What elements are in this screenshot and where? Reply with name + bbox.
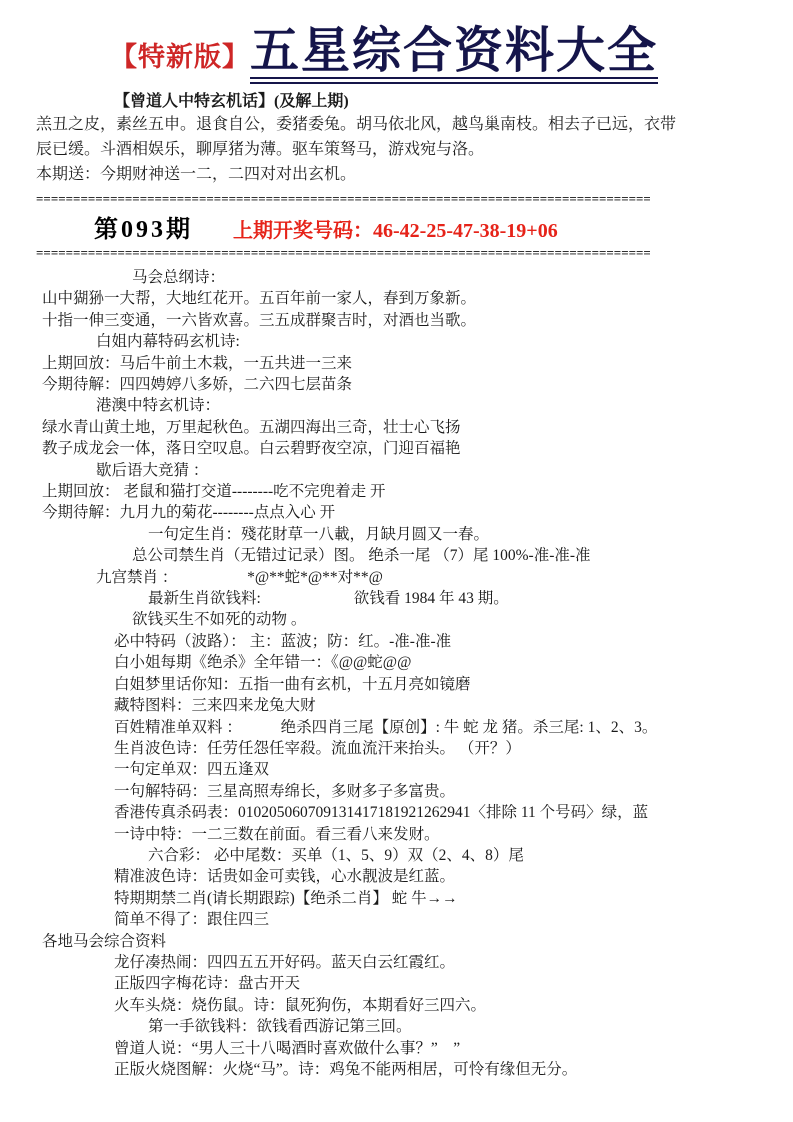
issue-row: 第093期 上期开奖号码：46-42-25-47-38-19+06 bbox=[94, 209, 775, 244]
content-line: 绿水青山黄土地，万里起秋色。五湖四海出三奇，壮士心飞扬 bbox=[42, 417, 775, 438]
content-line: 一句定单双：四五逢双 bbox=[114, 759, 775, 780]
edition-badge: 【特新版】 bbox=[110, 35, 250, 84]
content-line: 百姓精准单双料 ： 绝杀四肖三尾【原创】: 牛 蛇 龙 猪。杀三尾: 1、2、3… bbox=[114, 717, 775, 738]
content-line: 各地马会综合资料 bbox=[42, 931, 775, 952]
content-line: 一句解特码：三星高照寿绵长，多财多子多富贵。 bbox=[114, 781, 775, 802]
content-line: 六合彩： 必中尾数：买单（1、5、9）双（2、4、8）尾 bbox=[148, 845, 775, 866]
content-line: 今期待解：九月九的菊花--------点点入心 开 bbox=[42, 502, 775, 523]
zengdao-heading: 【曾道人中特玄机话】(及解上期) bbox=[114, 88, 775, 111]
content-line: 白姐内幕特码玄机诗: bbox=[96, 331, 775, 352]
content-line: 马会总纲诗： bbox=[132, 267, 775, 288]
zengdao-verse: 羔丑之皮，素丝五申。退食自公，委猪委兔。胡马依北风，越鸟巢南枝。相去子已远，衣带… bbox=[36, 112, 775, 187]
content-line: 香港传真杀码表：010205060709131417181921262941〈排… bbox=[114, 802, 775, 823]
content-line: 必中特码（波路）： 主：蓝波；防：红。-准-准-准 bbox=[114, 631, 775, 652]
content-line: 生肖波色诗：任劳任怨任宰殺。流血流汗来抬头。 （开？） bbox=[114, 738, 775, 759]
content-line: 最新生肖欲钱料: 欲钱看 1984 年 43 期。 bbox=[148, 588, 775, 609]
content-line: 火车头烧：烧伤鼠。诗：鼠死狗伤，本期看好三四六。 bbox=[114, 995, 775, 1016]
issue-number: 第093期 bbox=[94, 209, 193, 244]
tips-content: 马会总纲诗：山中猢狲一大帮，大地红花开。五百年前一家人，春到万象新。十指一伸三变… bbox=[36, 267, 775, 1080]
content-line: 上期回放：马后牛前土木栽，一五共进一三来 bbox=[42, 353, 775, 374]
content-line: 今期待解：四四娉婷八多娇，二六四七层苗条 bbox=[42, 374, 775, 395]
content-line: 精准波色诗：话贵如金可卖钱，心水靓波是红蓝。 bbox=[114, 866, 775, 887]
divider-bottom: ========================================… bbox=[36, 246, 650, 260]
content-line: 特期期禁二肖(请长期跟踪)【绝杀二肖】 蛇 牛→→ bbox=[114, 888, 775, 909]
content-line: 藏特图料：三来四来龙兔大财 bbox=[114, 695, 775, 716]
divider-top: ========================================… bbox=[36, 192, 650, 206]
previous-draw-numbers: 上期开奖号码：46-42-25-47-38-19+06 bbox=[233, 214, 558, 243]
page-title: 五星综合资料大全 bbox=[250, 26, 658, 84]
verse-line: 本期送：今期财神送一二，二四对对出玄机。 bbox=[36, 162, 775, 187]
content-line: 一句定生肖：殘花財草一八載，月缺月圆又一春。 bbox=[148, 524, 775, 545]
content-line: 白姐梦里话你知：五指一曲有玄机，十五月亮如镜磨 bbox=[114, 674, 775, 695]
content-line: 简单不得了：跟住四三 bbox=[114, 909, 775, 930]
content-line: 曾道人说：“男人三十八喝酒时喜欢做什么事？” ” bbox=[114, 1038, 775, 1059]
content-line: 欲钱买生不如死的动物 。 bbox=[132, 609, 775, 630]
verse-line: 辰已缓。斗酒相娱乐，聊厚猪为薄。驱车策驽马，游戏宛与洛。 bbox=[36, 137, 775, 162]
content-line: 总公司禁生肖（无错过记录）图。 绝杀一尾 （7）尾 100%-准-准-准 bbox=[132, 545, 775, 566]
content-line: 正版火烧图解：火烧“马”。诗：鸡兔不能两相居，可怜有缘但无分。 bbox=[114, 1059, 775, 1080]
content-line: 龙仔凑热闹：四四五五开好码。蓝天白云红霞红。 bbox=[114, 952, 775, 973]
content-line: 上期回放： 老鼠和猫打交道--------吃不完兜着走 开 bbox=[42, 481, 775, 502]
content-line: 山中猢狲一大帮，大地红花开。五百年前一家人，春到万象新。 bbox=[42, 288, 775, 309]
content-line: 教子成龙会一体，落日空叹息。白云碧野夜空凉，门迎百福艳 bbox=[42, 438, 775, 459]
content-line: 白小姐每期《绝杀》全年错一：《@@蛇@@ bbox=[114, 652, 775, 673]
content-line: 十指一伸三变通，一六皆欢喜。三五成群聚吉时，对酒也当歌。 bbox=[42, 310, 775, 331]
verse-line: 羔丑之皮，素丝五申。退食自公，委猪委兔。胡马依北风，越鸟巢南枝。相去子已远，衣带 bbox=[36, 112, 775, 137]
content-line: 一诗中特：一二三数在前面。看三看八来发财。 bbox=[114, 824, 775, 845]
content-line: 第一手欲钱料：欲钱看西游记第三回。 bbox=[148, 1016, 775, 1037]
content-line: 港澳中特玄机诗： bbox=[96, 395, 775, 416]
content-line: 歇后语大竞猜 ： bbox=[96, 460, 775, 481]
content-line: 正版四字梅花诗：盘古开天 bbox=[114, 973, 775, 994]
page-header: 【特新版】 五星综合资料大全 bbox=[110, 26, 775, 84]
lottery-info-page: 【特新版】 五星综合资料大全 【曾道人中特玄机话】(及解上期) 羔丑之皮，素丝五… bbox=[0, 0, 793, 1080]
content-line: 九宫禁肖 ： *@**蛇*@**对**@ bbox=[96, 567, 775, 588]
